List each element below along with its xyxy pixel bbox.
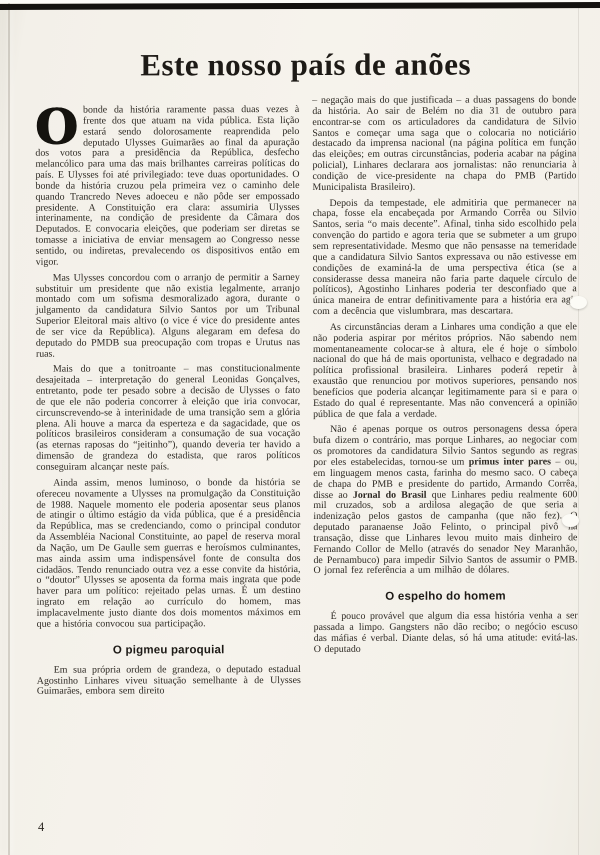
subheading-espelho-do-homem: O espelho do homem bbox=[314, 591, 578, 604]
paragraph: Ainda assim, menos luminoso, o bonde da … bbox=[36, 478, 300, 631]
paragraph: Mas Ulysses concordou com o arranjo de p… bbox=[36, 273, 300, 360]
scan-artifact-right-crease bbox=[578, 0, 579, 855]
paragraph: É pouco provável que algum dia essa hist… bbox=[314, 612, 578, 656]
paragraph: Em sua própria ordem de grandeza, o depu… bbox=[37, 665, 301, 698]
column-right: – negação mais do que justificada – a du… bbox=[312, 95, 578, 702]
scan-artifact-blob bbox=[570, 296, 587, 309]
column-left: Obonde da história raramente passa duas … bbox=[35, 96, 301, 703]
scan-artifact-top-bar bbox=[0, 2, 600, 10]
opening-paragraph: Obonde da história raramente passa duas … bbox=[35, 105, 299, 268]
article-columns: Obonde da história raramente passa duas … bbox=[35, 95, 578, 703]
scan-artifact-left-fold bbox=[8, 0, 10, 855]
paragraph: As circunstâncias deram a Linhares uma c… bbox=[313, 322, 577, 420]
right-paragraphs-after-subheading: É pouco provável que algum dia essa hist… bbox=[314, 612, 578, 656]
page-content: Este nosso país de anões Obonde da histó… bbox=[35, 46, 578, 703]
paragraph: Depois da tempestade, ele admitiria que … bbox=[313, 198, 577, 318]
page-number: 4 bbox=[38, 820, 44, 835]
subheading-pigmeu-paroquial: O pigmeu paroquial bbox=[37, 644, 301, 657]
drop-cap-letter: O bbox=[35, 106, 83, 147]
left-paragraphs-after-subheading: Em sua própria ordem de grandeza, o depu… bbox=[37, 665, 301, 698]
paragraph: Não é apenas porque os outros personagen… bbox=[313, 425, 577, 578]
scan-artifact-blob bbox=[562, 514, 579, 527]
paragraph: – negação mais do que justificada – a du… bbox=[312, 95, 576, 193]
left-paragraphs: Mas Ulysses concordou com o arranjo de p… bbox=[36, 273, 301, 631]
article-title: Este nosso país de anões bbox=[35, 46, 576, 83]
right-paragraphs: – negação mais do que justificada – a du… bbox=[312, 95, 577, 577]
paragraph: Mais do que a tonitroante – mas constitu… bbox=[36, 364, 300, 473]
